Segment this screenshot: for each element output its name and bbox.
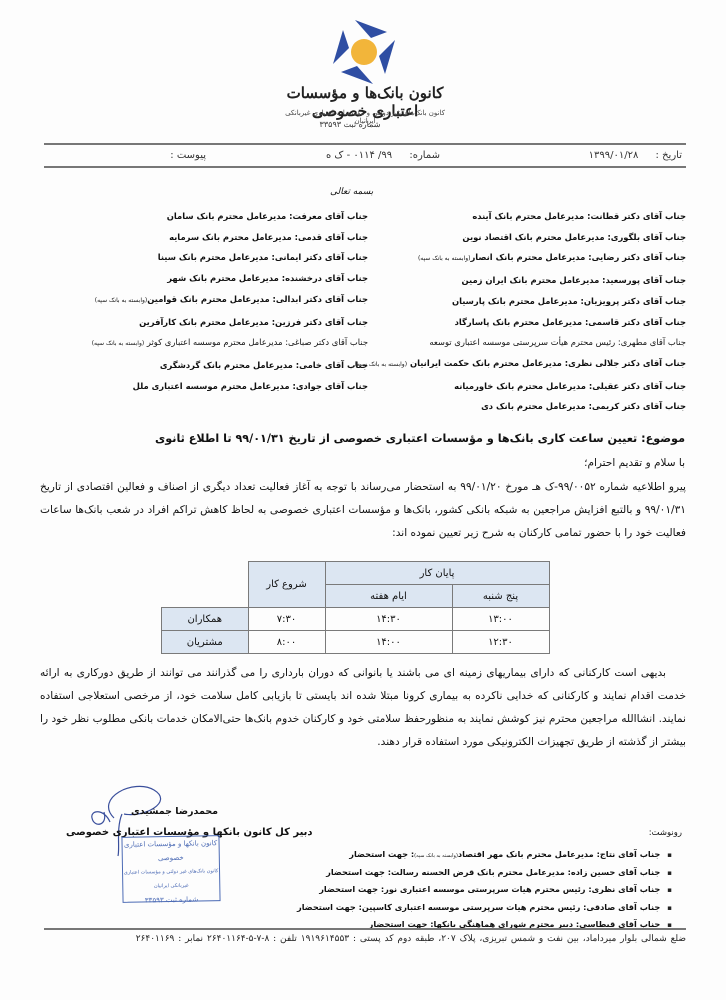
recipient-item: جناب آقای دکتر ایمانی: مدیرعامل محترم با…: [92, 247, 368, 268]
footer-rule: [44, 928, 686, 930]
row-label: همکاران: [162, 608, 249, 631]
recipient-item: جناب آقای دکتر رضایی: مدیرعامل محترم بان…: [355, 247, 686, 270]
number-field: شماره: ۹۹/ ۰۱۱۴ - ک ه: [326, 150, 440, 161]
cell-thursday: ۱۲:۳۰: [452, 631, 549, 654]
cc-item: جناب آقای نظری: رئیس محترم هیات سرپرستی …: [297, 881, 672, 898]
recipient-item: جناب آقای مطهری: رئیس محترم هیأت سرپرستی…: [355, 332, 686, 353]
cc-item: جناب آقای صادقی: رئیس محترم هیات سرپرستی…: [297, 899, 672, 916]
attachment-field: پیوست :: [170, 150, 206, 161]
working-hours-table: پایان کار شروع کار پنج شنبه ایام هفته ۱۳…: [161, 561, 550, 654]
header-bottom-rule: [44, 166, 686, 168]
recipient-item: جناب آقای بلگوری: مدیرعامل محترم بانک اق…: [355, 227, 686, 248]
recipients-right-column: جناب آقای دکتر قطانت: مدیرعامل محترم بان…: [355, 206, 686, 417]
recipient-item: جناب آقای دکتر عقیلی: مدیرعامل محترم بان…: [355, 376, 686, 397]
body-paragraph-2: بدیهی است کارکنانی که دارای بیماریهای زم…: [40, 662, 686, 754]
attachment-label: پیوست :: [170, 150, 206, 161]
stamp-line: کانون بانکها و مؤسسات اعتباری خصوصی: [122, 836, 218, 866]
official-stamp: کانون بانکها و مؤسسات اعتباری خصوصی کانو…: [121, 835, 220, 903]
body-paragraph-1: پیرو اطلاعیه شماره ۹۹/۰۰۵۲-ک هـ مورخ ۹۹/…: [40, 476, 686, 545]
cc-list: جناب آقای نتاج: مدیرعامل محترم بانک مهر …: [297, 846, 686, 933]
row-label: مشتریان: [162, 631, 249, 654]
org-logo-icon: [331, 18, 397, 86]
greeting: با سلام و تقدیم احترام؛: [584, 457, 685, 469]
recipient-item: جناب آقای دکتر جلالی نظری: مدیرعامل محتر…: [355, 353, 686, 376]
date-field: تاریخ : ۱۳۹۹/۰۱/۲۸: [589, 150, 682, 161]
recipient-item: جناب آقای دکتر ابدالی: مدیرعامل محترم با…: [92, 289, 368, 312]
cell-start: ۷:۳۰: [248, 608, 325, 631]
table-row: ۱۲:۳۰ ۱۴:۰۰ ۸:۰۰ مشتریان: [162, 631, 550, 654]
recipient-item: جناب آقای دکتر قطانت: مدیرعامل محترم بان…: [355, 206, 686, 227]
cell-thursday: ۱۳:۰۰: [452, 608, 549, 631]
date-value: ۱۳۹۹/۰۱/۲۸: [589, 150, 639, 161]
signatory-name: محمدرضا جمشیدی: [131, 806, 218, 817]
recipient-item: جناب آقای قدمی: مدیرعامل محترم بانک سرما…: [92, 227, 368, 248]
cc-title: رونوشت:: [649, 828, 682, 838]
recipients-left-column: جناب آقای معرفت: مدیرعامل محترم بانک سام…: [92, 206, 368, 396]
cc-item: جناب آقای حسین زاده: مدیرعامل محترم بانک…: [297, 864, 672, 881]
cell-weekdays: ۱۴:۳۰: [325, 608, 452, 631]
table-row: ۱۳:۰۰ ۱۴:۳۰ ۷:۳۰ همکاران: [162, 608, 550, 631]
subject-line: موضوع: تعیین ساعت کاری بانک‌ها و مؤسسات …: [155, 432, 685, 445]
recipient-item: جناب آقای دکتر قاسمی: مدیرعامل محترم بان…: [355, 312, 686, 333]
footer-address: ضلع شمالی بلوار میرداماد، بین نفت و شمس …: [44, 934, 686, 944]
recipient-item: جناب آقای پورسعید: مدیرعامل محترم بانک ا…: [355, 270, 686, 291]
cc-item: جناب آقای نتاج: مدیرعامل محترم بانک مهر …: [297, 846, 672, 864]
cell-start: ۸:۰۰: [248, 631, 325, 654]
table-corner: [162, 562, 249, 608]
recipient-item: جناب آقای معرفت: مدیرعامل محترم بانک سام…: [92, 206, 368, 227]
header-top-rule: [44, 143, 686, 145]
table-header-end: پایان کار: [325, 562, 549, 585]
table-header-weekdays: ایام هفته: [325, 585, 452, 608]
stamp-line: کانون بانک‌های غیر دولتی و مؤسسات اعتبار…: [123, 864, 219, 894]
cc-item: جناب آقای قیطاسی: دبیر محترم شورای هماهن…: [297, 916, 672, 933]
recipient-item: جناب آقای دکتر کریمی: مدیرعامل محترم بان…: [355, 396, 686, 417]
recipient-item: جناب آقای دکتر صباغی: مدیرعامل محترم موس…: [92, 332, 368, 355]
cell-weekdays: ۱۴:۰۰: [325, 631, 452, 654]
recipient-item: جناب آقای جوادی: مدیرعامل محترم موسسه اع…: [92, 376, 368, 397]
table-header-thursday: پنج شنبه: [452, 585, 549, 608]
date-label: تاریخ :: [656, 150, 682, 161]
recipient-item: جناب آقای دکتر پرویزیان: مدیرعامل محترم …: [355, 291, 686, 312]
recipient-item: جناب آقای درخشنده: مدیرعامل محترم بانک ش…: [92, 268, 368, 289]
number-label: شماره:: [409, 150, 440, 161]
recipient-item: جناب آقای دکتر فرزین: مدیرعامل محترم بان…: [92, 312, 368, 333]
recipient-item: جناب آقای خامی: مدیرعامل محترم بانک گردش…: [92, 355, 368, 376]
besmeh-heading: بسمه تعالی: [330, 187, 373, 197]
number-value: ۹۹/ ۰۱۱۴ - ک ه: [326, 150, 392, 161]
stamp-line: شماره ثبت ۳۳۵۹۳: [123, 892, 219, 908]
org-registration: شماره ثبت ۳۳۵۹۳: [280, 120, 420, 129]
table-header-start: شروع کار: [248, 562, 325, 608]
